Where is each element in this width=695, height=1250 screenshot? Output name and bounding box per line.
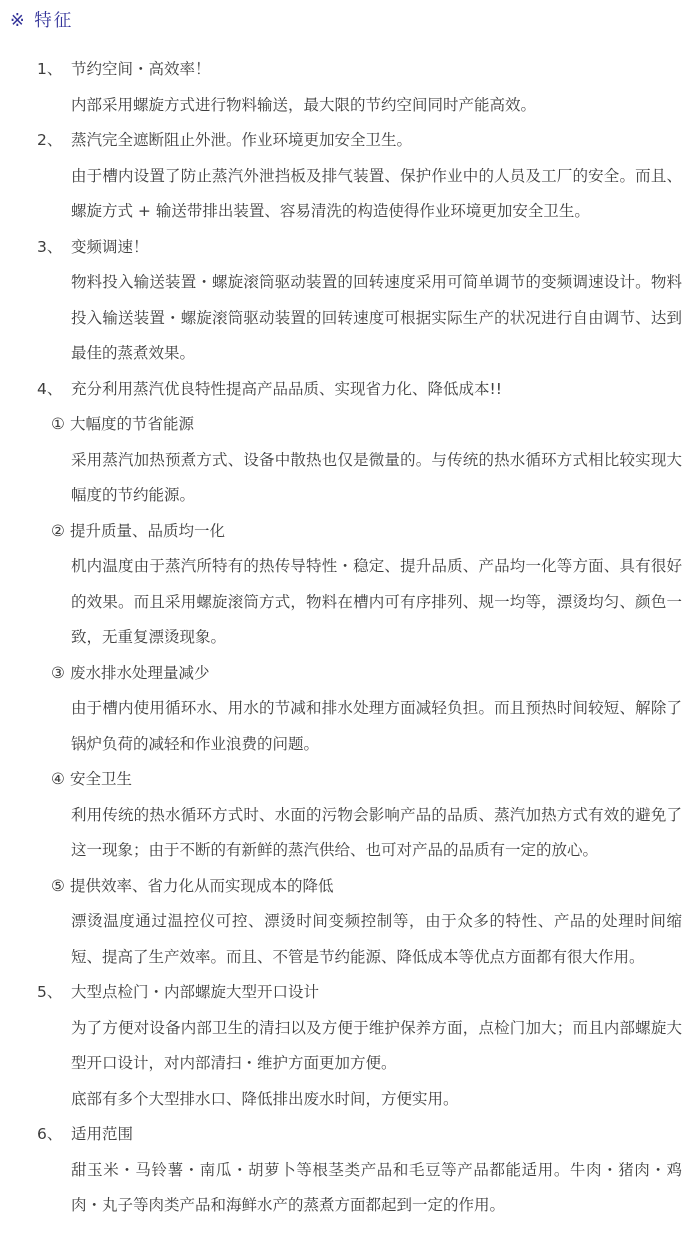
- sub-item-marker: ④: [51, 762, 65, 798]
- sub-item-heading-line: ⑤ 提供效率、省力化从而实现成本的降低: [0, 869, 695, 905]
- item-heading-line: 3、 变频调速！: [0, 230, 695, 266]
- item-heading-line: 6、 适用范围: [0, 1117, 695, 1153]
- item-heading: 变频调速！: [71, 238, 149, 256]
- sub-item-1: ① 大幅度的节省能源 采用蒸汽加热预煮方式、设备中散热也仅是微量的。与传统的热水…: [0, 407, 695, 514]
- feature-item-5: 5、 大型点检门・内部螺旋大型开口设计 为了方便对设备内部卫生的清扫以及方便于维…: [0, 975, 695, 1117]
- item-heading: 蒸汽完全遮断阻止外泄。作业环境更加安全卫生。: [71, 131, 412, 149]
- sub-item-2: ② 提升质量、品质均一化 机内温度由于蒸汽所特有的热传导特性・稳定、提升品质、产…: [0, 514, 695, 656]
- sub-item-paragraph: 机内温度由于蒸汽所特有的热传导特性・稳定、提升品质、产品均一化等方面、具有很好的…: [0, 549, 695, 656]
- sub-item-marker: ⑤: [51, 869, 65, 905]
- sub-item-heading: 大幅度的节省能源: [70, 415, 194, 433]
- item-number: 3、: [37, 230, 62, 266]
- sub-item-heading: 废水排水处理量减少: [70, 664, 210, 682]
- feature-item-1: 1、 节约空间・高效率！ 内部采用螺旋方式进行物料输送，最大限的节约空间同时产能…: [0, 52, 695, 123]
- sub-item-paragraph: 利用传统的热水循环方式时、水面的污物会影响产品的品质、蒸汽加热方式有效的避免了这…: [0, 798, 695, 869]
- sub-item-heading: 提供效率、省力化从而实现成本的降低: [70, 877, 334, 895]
- item-heading-line: 2、 蒸汽完全遮断阻止外泄。作业环境更加安全卫生。: [0, 123, 695, 159]
- sub-item-heading: 安全卫生: [70, 770, 132, 788]
- sub-item-heading-line: ③ 废水排水处理量减少: [0, 656, 695, 692]
- item-heading: 大型点检门・内部螺旋大型开口设计: [71, 983, 319, 1001]
- item-paragraph: 物料投入输送装置・螺旋滚筒驱动装置的回转速度采用可简单调节的变频调速设计。物料投…: [0, 265, 695, 372]
- sub-item-marker: ①: [51, 407, 65, 443]
- sub-item-heading-line: ② 提升质量、品质均一化: [0, 514, 695, 550]
- item-paragraph: 甜玉米・马铃薯・南瓜・胡萝卜等根茎类产品和毛豆等产品都能适用。牛肉・猪肉・鸡肉・…: [0, 1153, 695, 1224]
- feature-item-3: 3、 变频调速！ 物料投入输送装置・螺旋滚筒驱动装置的回转速度采用可简单调节的变…: [0, 230, 695, 372]
- sub-item-4: ④ 安全卫生 利用传统的热水循环方式时、水面的污物会影响产品的品质、蒸汽加热方式…: [0, 762, 695, 869]
- item-paragraph: 为了方便对设备内部卫生的清扫以及方便于维护保养方面，点检门加大；而且内部螺旋大型…: [0, 1011, 695, 1082]
- sub-item-5: ⑤ 提供效率、省力化从而实现成本的降低 漂烫温度通过温控仪可控、漂烫时间变频控制…: [0, 869, 695, 976]
- sub-item-3: ③ 废水排水处理量减少 由于槽内使用循环水、用水的节减和排水处理方面减轻负担。而…: [0, 656, 695, 763]
- item-heading-line: 1、 节约空间・高效率！: [0, 52, 695, 88]
- item-number: 2、: [37, 123, 62, 159]
- item-heading: 充分利用蒸汽优良特性提高产品品质、实现省力化、降低成本!!: [71, 380, 502, 398]
- features-document: ※ 特征 1、 节约空间・高效率！ 内部采用螺旋方式进行物料输送，最大限的节约空…: [0, 0, 695, 1250]
- item-heading: 节约空间・高效率！: [71, 60, 211, 78]
- page-title: ※ 特征: [10, 8, 695, 34]
- item-heading: 适用范围: [71, 1125, 133, 1143]
- sub-item-heading-line: ① 大幅度的节省能源: [0, 407, 695, 443]
- item-number: 4、: [37, 372, 62, 408]
- feature-item-4: 4、 充分利用蒸汽优良特性提高产品品质、实现省力化、降低成本!! ① 大幅度的节…: [0, 372, 695, 976]
- item-paragraph: 底部有多个大型排水口、降低排出废水时间，方便实用。: [0, 1082, 695, 1118]
- feature-item-6: 6、 适用范围 甜玉米・马铃薯・南瓜・胡萝卜等根茎类产品和毛豆等产品都能适用。牛…: [0, 1117, 695, 1224]
- sub-item-heading: 提升质量、品质均一化: [70, 522, 225, 540]
- sub-item-paragraph: 采用蒸汽加热预煮方式、设备中散热也仅是微量的。与传统的热水循环方式相比较实现大幅…: [0, 443, 695, 514]
- sub-item-heading-line: ④ 安全卫生: [0, 762, 695, 798]
- item-heading-line: 4、 充分利用蒸汽优良特性提高产品品质、实现省力化、降低成本!!: [0, 372, 695, 408]
- sub-item-paragraph: 由于槽内使用循环水、用水的节减和排水处理方面减轻负担。而且预热时间较短、解除了锅…: [0, 691, 695, 762]
- feature-item-2: 2、 蒸汽完全遮断阻止外泄。作业环境更加安全卫生。 由于槽内设置了防止蒸汽外泄挡…: [0, 123, 695, 230]
- item-number: 6、: [37, 1117, 62, 1153]
- item-heading-line: 5、 大型点检门・内部螺旋大型开口设计: [0, 975, 695, 1011]
- item-number: 5、: [37, 975, 62, 1011]
- item-paragraph: 由于槽内设置了防止蒸汽外泄挡板及排气装置、保护作业中的人员及工厂的安全。而且、螺…: [0, 159, 695, 230]
- sub-item-marker: ③: [51, 656, 65, 692]
- sub-item-marker: ②: [51, 514, 65, 550]
- sub-item-paragraph: 漂烫温度通过温控仪可控、漂烫时间变频控制等，由于众多的特性、产品的处理时间缩短、…: [0, 904, 695, 975]
- item-paragraph: 内部采用螺旋方式进行物料输送，最大限的节约空间同时产能高效。: [0, 88, 695, 124]
- item-number: 1、: [37, 52, 62, 88]
